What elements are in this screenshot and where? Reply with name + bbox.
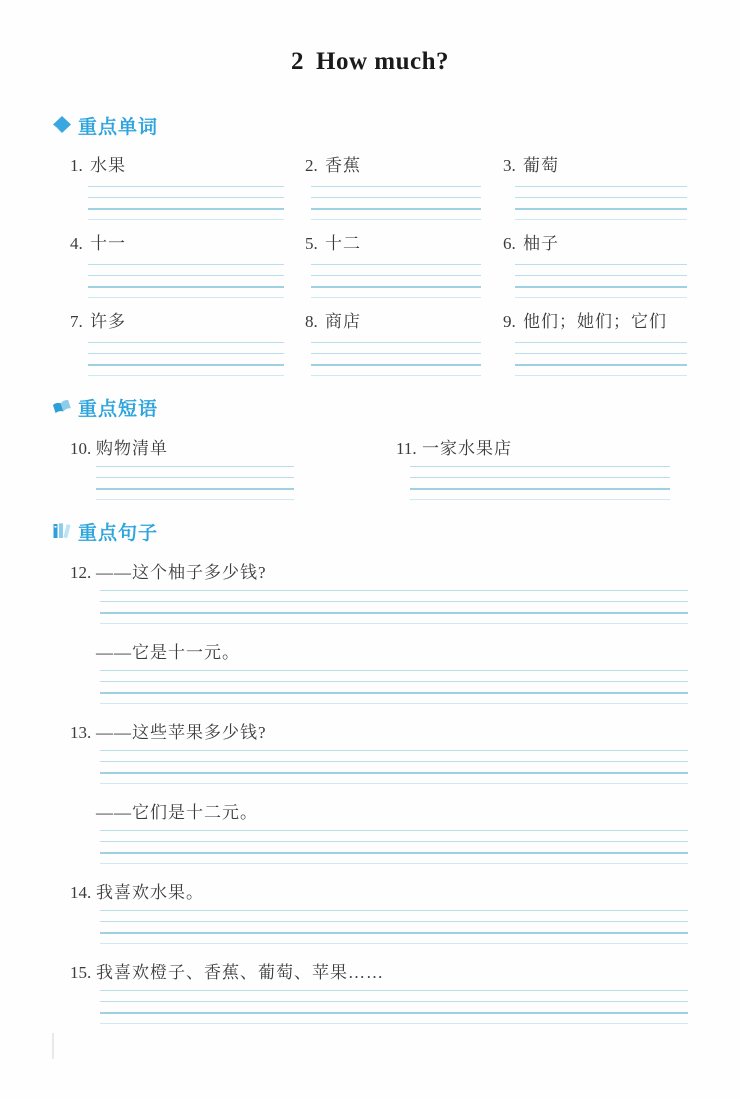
sentences-list: 12. ——这个柚子多少钱? ——它是十一元。 13. ——这些苹果多少钱?: [0, 562, 740, 1034]
rule-line: [88, 186, 284, 197]
page-title: 2How much?: [0, 48, 740, 76]
rule-line: [311, 275, 481, 286]
writing-lines: [88, 186, 284, 230]
item-number: 4.: [70, 234, 90, 254]
rule-line: [100, 1001, 688, 1012]
item-text: 我喜欢水果。: [96, 882, 204, 904]
worksheet-item: 9. 他们；她们；它们: [503, 312, 692, 386]
item-label: ——它们是十二元。: [70, 802, 740, 824]
rule-line: [311, 375, 481, 386]
rule-line: [96, 466, 294, 477]
item-label: 13. ——这些苹果多少钱?: [70, 722, 740, 744]
item-number: 13.: [70, 722, 96, 744]
rule-line: [100, 783, 688, 794]
rule-line: [88, 286, 284, 297]
item-text: 一家水果店: [422, 438, 512, 460]
rule-line: [515, 275, 687, 286]
item-number: 14.: [70, 882, 96, 904]
worksheet-item: 5. 十二: [305, 234, 503, 308]
rule-line: [88, 275, 284, 286]
rule-line: [100, 670, 688, 681]
words-list: 1. 水果 2. 香蕉 3. 葡萄: [0, 156, 740, 390]
rule-line: [100, 761, 688, 772]
item-number: 9.: [503, 312, 523, 332]
rule-line: [311, 197, 481, 208]
worksheet-item: 6. 柚子: [503, 234, 692, 308]
rule-line: [311, 297, 481, 308]
writing-lines: [100, 830, 688, 874]
item-number: 10.: [70, 438, 96, 460]
rule-line: [88, 364, 284, 375]
item-label: 14. 我喜欢水果。: [70, 882, 740, 904]
item-label: ——它是十一元。: [70, 642, 740, 664]
rule-line: [311, 264, 481, 275]
flying-book-icon: [52, 397, 72, 417]
item-text: ——它是十一元。: [96, 642, 240, 664]
rule-line: [100, 932, 688, 943]
rule-line: [515, 197, 687, 208]
worksheet-item: 15. 我喜欢橙子、香蕉、葡萄、苹果……: [70, 962, 740, 1034]
item-number: 12.: [70, 562, 96, 584]
rule-line: [96, 477, 294, 488]
worksheet-item: 10. 购物清单: [70, 438, 396, 510]
item-number: 11.: [396, 438, 422, 460]
item-number: 2.: [305, 156, 325, 176]
rule-line: [515, 342, 687, 353]
item-label: 4. 十一: [70, 234, 305, 254]
rule-line: [100, 681, 688, 692]
rule-line: [100, 863, 688, 874]
rule-line: [88, 208, 284, 219]
rule-line: [88, 297, 284, 308]
rule-line: [311, 286, 481, 297]
item-number: 3.: [503, 156, 523, 176]
item-text: 十二: [325, 234, 361, 254]
item-text: 我喜欢橙子、香蕉、葡萄、苹果……: [96, 962, 384, 984]
worksheet-item: 12. ——这个柚子多少钱?: [70, 562, 740, 634]
item-number: 6.: [503, 234, 523, 254]
rule-line: [515, 186, 687, 197]
rule-line: [100, 601, 688, 612]
item-text: 水果: [90, 156, 126, 176]
item-text: 香蕉: [325, 156, 361, 176]
worksheet-item: 3. 葡萄: [503, 156, 692, 230]
item-text: ——这个柚子多少钱?: [96, 562, 267, 584]
item-number: 8.: [305, 312, 325, 332]
phrases-list: 10. 购物清单 11. 一家水果店: [0, 438, 740, 510]
writing-lines: [100, 910, 688, 954]
writing-lines: [100, 670, 688, 714]
item-label: 11. 一家水果店: [396, 438, 692, 460]
books-icon: [52, 521, 72, 541]
rule-line: [100, 750, 688, 761]
rule-line: [88, 264, 284, 275]
writing-lines: [88, 342, 284, 386]
item-label: 10. 购物清单: [70, 438, 396, 460]
writing-lines: [515, 186, 687, 230]
item-number: 5.: [305, 234, 325, 254]
worksheet-item: ——它们是十二元。: [70, 802, 740, 874]
item-text: 十一: [90, 234, 126, 254]
section-heading-label: 重点单词: [78, 112, 158, 139]
writing-lines: [96, 466, 294, 510]
rule-line: [311, 342, 481, 353]
unit-number: 2: [291, 48, 304, 75]
worksheet-item: 13. ——这些苹果多少钱?: [70, 722, 740, 794]
section-heading-label: 重点短语: [78, 394, 158, 421]
rule-line: [100, 943, 688, 954]
rule-line: [100, 612, 688, 623]
rule-line: [515, 297, 687, 308]
rule-line: [100, 772, 688, 783]
item-text: 葡萄: [523, 156, 559, 176]
item-label: 15. 我喜欢橙子、香蕉、葡萄、苹果……: [70, 962, 740, 984]
item-text: 他们；她们；它们: [523, 312, 667, 332]
rule-line: [100, 590, 688, 601]
rule-line: [100, 830, 688, 841]
rule-line: [410, 466, 670, 477]
writing-lines: [100, 990, 688, 1034]
rule-line: [410, 488, 670, 499]
rule-line: [100, 841, 688, 852]
rule-line: [88, 375, 284, 386]
item-text: 商店: [325, 312, 361, 332]
item-label: 9. 他们；她们；它们: [503, 312, 692, 332]
worksheet-item: 11. 一家水果店: [396, 438, 692, 510]
worksheet-item: 2. 香蕉: [305, 156, 503, 230]
rule-line: [100, 1023, 688, 1034]
writing-lines: [100, 750, 688, 794]
writing-lines: [311, 342, 481, 386]
section-heading-label: 重点句子: [78, 518, 158, 545]
item-text: 许多: [90, 312, 126, 332]
rule-line: [100, 990, 688, 1001]
item-label: 1. 水果: [70, 156, 305, 176]
writing-lines: [515, 264, 687, 308]
rule-line: [515, 353, 687, 364]
item-number: 15.: [70, 962, 96, 984]
item-text: 购物清单: [96, 438, 168, 460]
rule-line: [311, 364, 481, 375]
worksheet-item: 8. 商店: [305, 312, 503, 386]
worksheet-item: 7. 许多: [70, 312, 305, 386]
rule-line: [100, 692, 688, 703]
item-label: 8. 商店: [305, 312, 503, 332]
item-label: 6. 柚子: [503, 234, 692, 254]
section-heading-sentences: 重点句子: [52, 518, 740, 544]
diamond-icon: [52, 115, 72, 135]
item-label: 2. 香蕉: [305, 156, 503, 176]
worksheet-item: 14. 我喜欢水果。: [70, 882, 740, 954]
rule-line: [100, 623, 688, 634]
rule-line: [100, 852, 688, 863]
rule-line: [96, 499, 294, 510]
rule-line: [410, 477, 670, 488]
worksheet-page: 2How much? 重点单词 1. 水果 2. 香蕉: [0, 0, 740, 1099]
rule-line: [515, 208, 687, 219]
rule-line: [100, 703, 688, 714]
section-heading-phrases: 重点短语: [52, 394, 740, 420]
writing-lines: [410, 466, 670, 510]
item-number: 1.: [70, 156, 90, 176]
rule-line: [311, 353, 481, 364]
rule-line: [410, 499, 670, 510]
writing-lines: [311, 186, 481, 230]
rule-line: [515, 264, 687, 275]
rule-line: [311, 208, 481, 219]
worksheet-item: 1. 水果: [70, 156, 305, 230]
item-label: 5. 十二: [305, 234, 503, 254]
scan-artifact: [52, 1033, 54, 1059]
item-text: ——这些苹果多少钱?: [96, 722, 267, 744]
rule-line: [515, 286, 687, 297]
rule-line: [311, 219, 481, 230]
writing-lines: [100, 590, 688, 634]
writing-lines: [515, 342, 687, 386]
rule-line: [88, 197, 284, 208]
rule-line: [100, 1012, 688, 1023]
writing-lines: [311, 264, 481, 308]
rule-line: [88, 342, 284, 353]
item-label: 3. 葡萄: [503, 156, 692, 176]
rule-line: [515, 375, 687, 386]
rule-line: [515, 219, 687, 230]
rule-line: [100, 921, 688, 932]
worksheet-item: 4. 十一: [70, 234, 305, 308]
section-heading-words: 重点单词: [52, 112, 740, 138]
item-text: 柚子: [523, 234, 559, 254]
unit-title-text: How much?: [316, 48, 449, 75]
rule-line: [88, 219, 284, 230]
rule-line: [515, 364, 687, 375]
item-text: ——它们是十二元。: [96, 802, 258, 824]
rule-line: [311, 186, 481, 197]
item-label: 12. ——这个柚子多少钱?: [70, 562, 740, 584]
writing-lines: [88, 264, 284, 308]
rule-line: [96, 488, 294, 499]
item-label: 7. 许多: [70, 312, 305, 332]
rule-line: [88, 353, 284, 364]
rule-line: [100, 910, 688, 921]
item-number: 7.: [70, 312, 90, 332]
worksheet-item: ——它是十一元。: [70, 642, 740, 714]
